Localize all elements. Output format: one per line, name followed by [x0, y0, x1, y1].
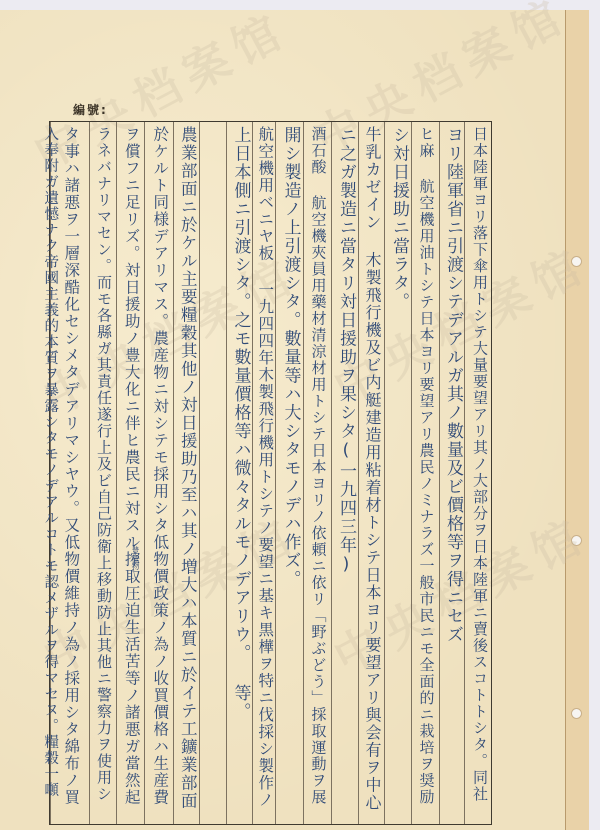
binding-margin [565, 10, 589, 830]
column-text: ヒ麻 航空機用油トシテ日本ヨリ要望アリ農民ノミナラズ一般市民ニモ全面的ニ栽培ヲ奨… [419, 126, 434, 806]
text-column: 牛乳カゼイン 木製飛行機及ビ内艇建造用粘着材トシテ日本ヨリ要望アリ與会有ヲ中心 [358, 122, 385, 824]
text-column: ヲ償フニ足リズ。対日援助ノ豊大化ニ伴ヒ農民ニ対スル搾取圧迫生活苦等ノ諸悪ガ當然起 [116, 122, 145, 824]
punch-hole [571, 708, 582, 719]
punch-hole [571, 535, 582, 546]
column-text: ヨリ陸軍省ニ引渡シテデアルガ其ノ數量及ビ價格等ヲ得ニセズ [444, 126, 461, 644]
text-column: ヒ麻 航空機用油トシテ日本ヨリ要望アリ農民ノミナラズ一般市民ニモ全面的ニ栽培ヲ奨… [411, 122, 440, 824]
manuscript-grid: 日本陸軍ヨリ落下傘用トシテ大量要望アリ其ノ大部分ヲ日本陸軍ニ賣後スコトトシタ。同… [49, 121, 492, 825]
column-text: タ事ハ諸悪ヲ一層深酷化セシメタデアリマシヤウ。又低物價維持ノ為ノ採用シタ綿布ノ買 [63, 126, 79, 806]
text-column: 開シ製造ノ上引渡シタ。數量等ハ大シタモノデハ作ズ。 [275, 122, 304, 824]
text-column: 於ケルト同様デアリマス。農産物ニ対シテモ採用シタ低物價政策ノ為ノ收買價格ハ生産費 [144, 122, 174, 824]
text-column: シ対日援助ニ當ラタ。 [384, 122, 412, 824]
text-column: 日本陸軍ヨリ落下傘用トシテ大量要望アリ其ノ大部分ヲ日本陸軍ニ賣後スコトトシタ。同… [464, 122, 494, 824]
document-number-label: 編號: [73, 101, 108, 118]
text-column: ラネバナリマセン。而モ各縣ガ其責任遂行上及ビ自己防衛上移動防止其他ニ警察力ヲ使用… [89, 122, 117, 824]
column-text: 入奉附ガ遺憾ナク帝國主義的本質ヲ暴露シタモノデアルコトモ認メザルヲ得マセヌ。糧穀… [43, 126, 58, 798]
column-text: 酒石酸 航空機夾員用藥材清涼材用トシテ日本ヨリノ依頼ニ依リ「野ぶどう」採取運動ヲ… [311, 126, 326, 806]
text-column: 航空機用ベニヤ板 一九四四年木製飛行機用トシテノ要望ニ基キ黒樺ヲ特ニ伐採シ製作ノ [252, 122, 276, 824]
column-text: シ対日援助ニ當ラタ。 [390, 126, 407, 311]
column-text: 日本陸軍ヨリ落下傘用トシテ大量要望アリ其ノ大部分ヲ日本陸軍ニ賣後スコトトシタ。同… [472, 126, 487, 803]
column-text: ラネバナリマセン。而モ各縣ガ其責任遂行上及ビ自己防衛上移動防止其他ニ警察力ヲ使用… [96, 126, 111, 803]
column-text: 開シ製造ノ上引渡シタ。數量等ハ大シタモノデハ作ズ。 [282, 126, 299, 589]
interlinear-insert: 豊產物 [130, 546, 141, 570]
text-column: ヨリ陸軍省ニ引渡シテデアルガ其ノ數量及ビ價格等ヲ得ニセズ [439, 122, 465, 824]
column-text: ニ之ガ製造ニ當タリ対日援助ヲ果シタ(一九四三年) [337, 126, 354, 576]
column-text: 農業部面ニ於ケル主要糧穀其他ノ対日援助乃至ハ其ノ増大ハ本質ニ於イテ工鑛業部面 [179, 126, 196, 810]
punch-hole [571, 256, 582, 267]
column-text: ヲ償フニ足リズ。対日援助ノ豊大化ニ伴ヒ農民ニ対スル搾取圧迫生活苦等ノ諸悪ガ當然起 [123, 126, 139, 806]
column-text: 於ケルト同様デアリマス。農産物ニ対シテモ採用シタ低物價政策ノ為ノ收買價格ハ生産費 [152, 126, 168, 806]
text-column: 酒石酸 航空機夾員用藥材清涼材用トシテ日本ヨリノ依頼ニ依リ「野ぶどう」採取運動ヲ… [303, 122, 332, 824]
column-text: 上日本側ニ引渡シタ。之モ數量價格等ハ微々タルモノデアリウ。 等。 [232, 126, 249, 721]
text-column: ニ之ガ製造ニ當タリ対日援助ヲ果シタ(一九四三年) [331, 122, 359, 824]
column-text: 航空機用ベニヤ板 一九四四年木製飛行機用トシテノ要望ニ基キ黒樺ヲ特ニ伐採シ製作ノ [257, 126, 273, 809]
text-column [199, 122, 227, 824]
text-column: 上日本側ニ引渡シタ。之モ數量價格等ハ微々タルモノデアリウ。 等。 [226, 122, 253, 824]
column-text: 牛乳カゼイン 木製飛行機及ビ内艇建造用粘着材トシテ日本ヨリ要望アリ與会有ヲ中心 [364, 126, 380, 812]
text-column: 農業部面ニ於ケル主要糧穀其他ノ対日援助乃至ハ其ノ増大ハ本質ニ於イテ工鑛業部面 [173, 122, 200, 824]
